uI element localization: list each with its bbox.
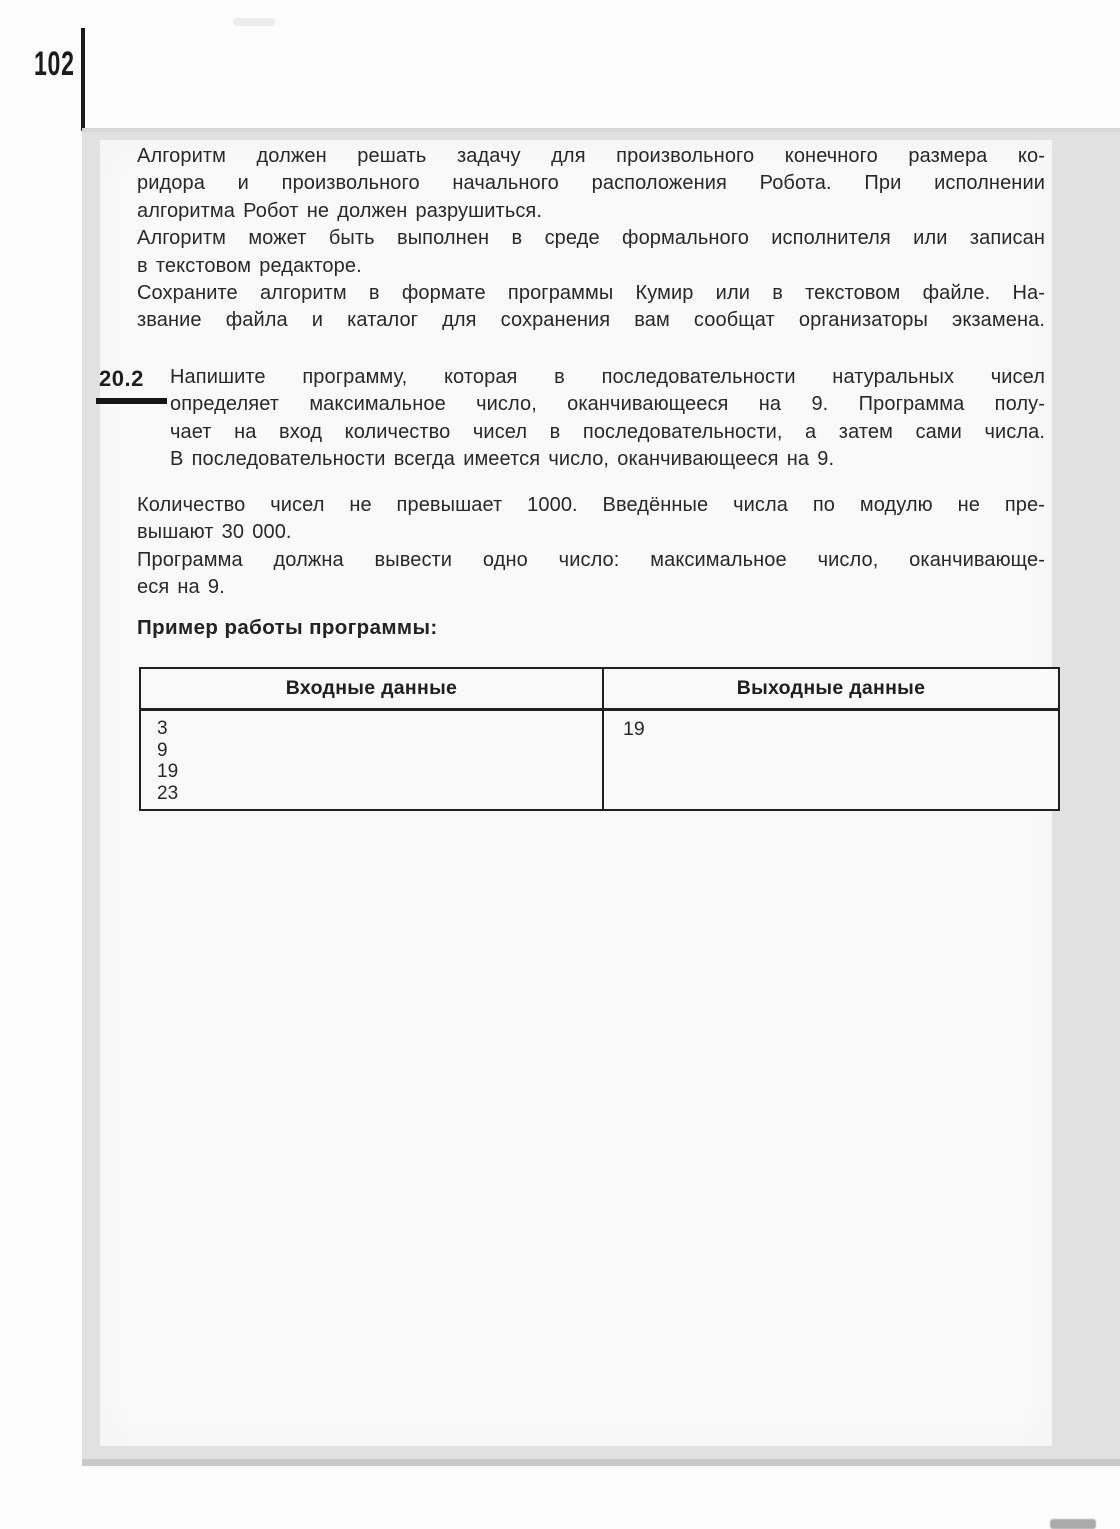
task-number: 20.2 <box>99 366 144 392</box>
scan-artifact-top <box>233 18 275 26</box>
example-table: Входные данные Выходные данные 3 9 19 23… <box>139 667 1060 811</box>
example-heading: Пример работы программы: <box>137 616 438 640</box>
text-line: в текстовом редакторе. <box>137 253 1045 280</box>
constraints-paragraph: Количество чисел не превышает 1000. Введ… <box>137 492 1045 602</box>
page-number: 102 <box>34 47 75 81</box>
text-line: Сохраните алгоритм в формате программы К… <box>137 280 1045 307</box>
table-header-input: Входные данные <box>141 669 604 708</box>
text-line: Количество чисел не превышает 1000. Введ… <box>137 492 1045 519</box>
input-value: 9 <box>157 740 602 762</box>
input-value: 23 <box>157 783 602 805</box>
text-line: Напишите программу, которая в последоват… <box>170 364 1045 391</box>
input-value: 19 <box>157 761 602 783</box>
text-line: алгоритма Робот не должен разрушиться. <box>137 198 1045 225</box>
text-line: определяет максимальное число, оканчиваю… <box>170 391 1045 418</box>
text-line: В последовательности всегда имеется числ… <box>170 446 1045 473</box>
scanned-document-page: 102 Алгоритм должен решать задачу для пр… <box>0 0 1120 1529</box>
scan-artifact-bottom <box>1050 1519 1096 1529</box>
output-value: 19 <box>623 718 1058 740</box>
input-value: 3 <box>157 718 602 740</box>
task-statement-paragraph: Напишите программу, которая в последоват… <box>170 364 1045 474</box>
text-line: звание файла и каталог для сохранения ва… <box>137 307 1045 334</box>
table-header-row: Входные данные Выходные данные <box>141 669 1058 711</box>
text-line: Программа должна вывести одно число: мак… <box>137 547 1045 574</box>
page-number-rule <box>81 28 85 131</box>
intro-paragraph: Алгоритм должен решать задачу для произв… <box>137 143 1045 335</box>
text-line: ридора и произвольного начального распол… <box>137 170 1045 197</box>
table-cell-output: 19 <box>604 711 1058 809</box>
text-line: Алгоритм может быть выполнен в среде фор… <box>137 225 1045 252</box>
task-number-underline <box>96 398 167 404</box>
text-line: вышают 30 000. <box>137 519 1045 546</box>
text-line: Алгоритм должен решать задачу для произв… <box>137 143 1045 170</box>
table-header-output: Выходные данные <box>604 669 1058 708</box>
table-body-row: 3 9 19 23 19 <box>141 711 1058 809</box>
text-line: чает на вход количество чисел в последов… <box>170 419 1045 446</box>
table-cell-input: 3 9 19 23 <box>141 711 604 809</box>
text-line: еся на 9. <box>137 574 1045 601</box>
